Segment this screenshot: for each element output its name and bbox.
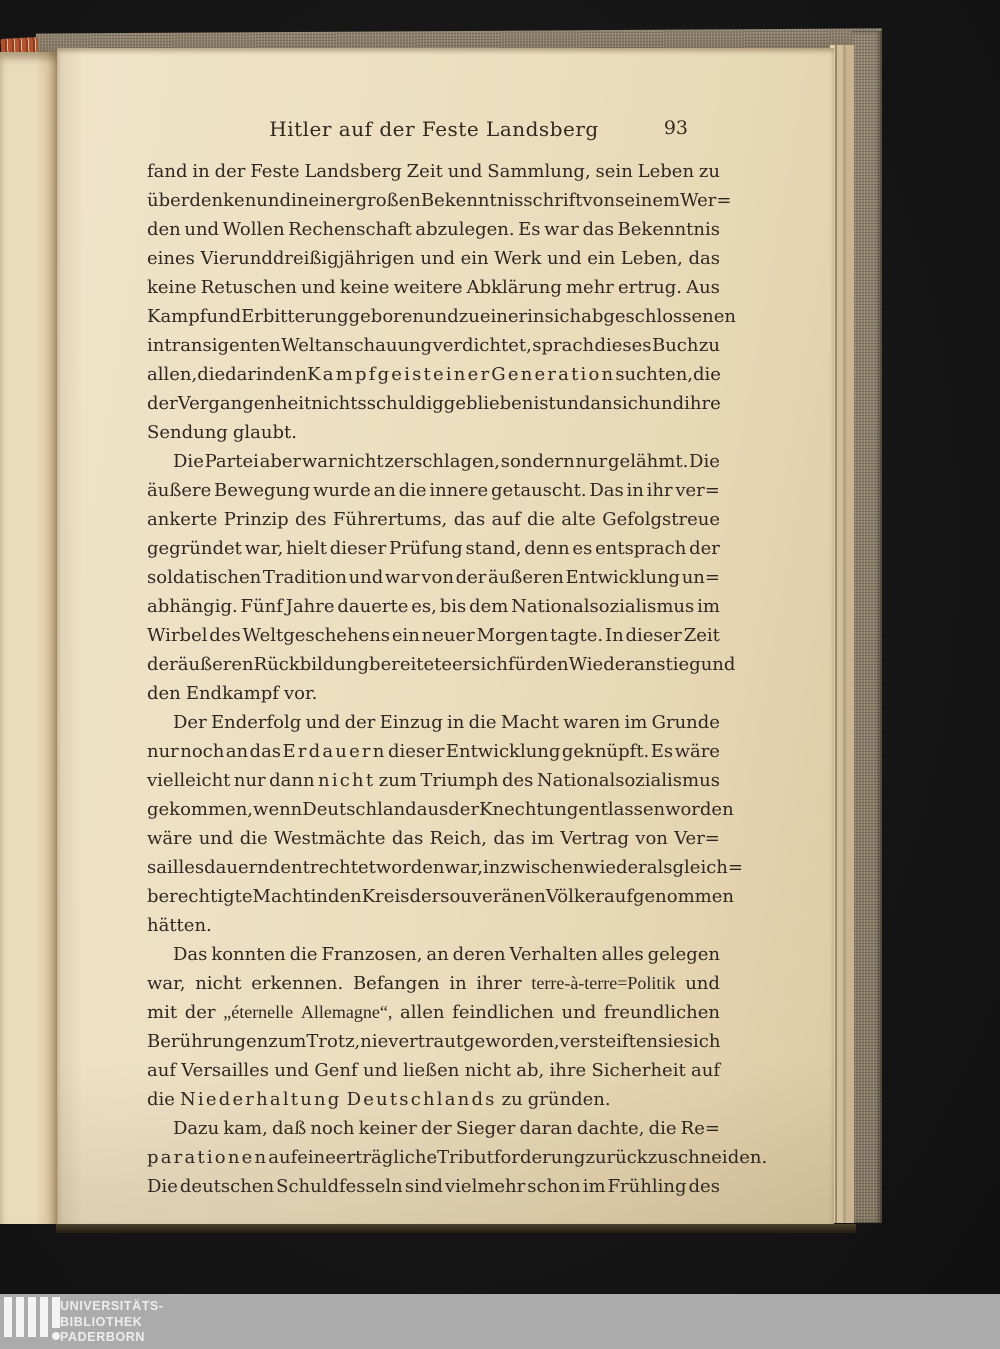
text-line: gekommen,wennDeutschlandausderKnechtunge… xyxy=(147,795,720,824)
text-line: nurnochandasErdauerndieserEntwicklunggek… xyxy=(147,737,720,766)
library-name-line: PADERBORN xyxy=(60,1330,164,1346)
text-line: überdenkenundineinergroßenBekenntnisschr… xyxy=(147,186,720,215)
library-name-line: BIBLIOTHEK xyxy=(60,1315,164,1331)
text-line: BerührungenzumTrotz,nievertrautgeworden,… xyxy=(147,1027,720,1056)
book-cover-cloth-right xyxy=(852,31,882,1223)
text-line: WirbeldesWeltgeschehenseinneuerMorgentag… xyxy=(147,621,720,650)
text-line: derVergangenheitnichtsschuldiggebliebeni… xyxy=(147,389,720,418)
text-line: fandinderFesteLandsbergZeitundSammlung,s… xyxy=(147,157,720,186)
library-band: UNIVERSITÄTS- BIBLIOTHEK PADERBORN xyxy=(0,1294,1000,1349)
text-line: denundWollenRechenschaftabzulegen.Esward… xyxy=(147,215,720,244)
text-line: KampfundErbitterunggeborenundzueinerinsi… xyxy=(147,302,720,331)
text-column: fandinderFesteLandsbergZeitundSammlung,s… xyxy=(147,157,720,1201)
text-line: soldatischenTraditionundwarvonderäußeren… xyxy=(147,563,720,592)
text-line: denEndkampfvor. xyxy=(147,679,720,708)
text-line: DaskonntendieFranzosen,anderenVerhaltena… xyxy=(147,940,720,969)
library-logo-icon xyxy=(4,1297,64,1347)
text-line: keineRetuschenundkeineweitereAbklärungme… xyxy=(147,273,720,302)
text-line: äußereBewegungwurdeandieinneregetauscht.… xyxy=(147,476,720,505)
text-line: deräußerenRückbildungbereiteteersichfürd… xyxy=(147,650,720,679)
text-line: vielleichtnurdannnichtzumTriumphdesNatio… xyxy=(147,766,720,795)
running-head: Hitler auf der Feste Landsberg 93 xyxy=(147,117,720,143)
text-line: einesVierunddreißigjährigenundeinWerkund… xyxy=(147,244,720,273)
page-title: Hitler auf der Feste Landsberg xyxy=(200,117,668,141)
book-gutter xyxy=(0,52,58,1224)
text-line: Dazukam,daßnochkeinerderSiegerdarandacht… xyxy=(147,1114,720,1143)
text-line: Sendungglaubt. xyxy=(147,418,720,447)
page-bottom-edge xyxy=(56,1224,856,1233)
page-number: 93 xyxy=(664,117,688,139)
text-line: wäreunddieWestmächtedasReich,dasimVertra… xyxy=(147,824,720,853)
text-line: war,nichterkennen.Befangeninihrerterre-à… xyxy=(147,969,720,998)
text-line: DieParteiaberwarnichtzerschlagen,sondern… xyxy=(147,447,720,476)
text-line: hätten. xyxy=(147,911,720,940)
library-name: UNIVERSITÄTS- BIBLIOTHEK PADERBORN xyxy=(60,1299,164,1346)
text-line: saillesdauerndentrechtetwordenwar,inzwis… xyxy=(147,853,720,882)
text-line: DerEnderfolgundderEinzugindieMachtwareni… xyxy=(147,708,720,737)
text-line: berechtigteMachtindenKreisdersouveränenV… xyxy=(147,882,720,911)
text-line: parationenaufeineerträglicheTributforder… xyxy=(147,1143,720,1172)
text-line: gegründetwar,hieltdieserPrüfungstand,den… xyxy=(147,534,720,563)
text-line: allen,diedarindenKampfgeisteinerGenerati… xyxy=(147,360,720,389)
text-line: abhängig.FünfJahredauertees,bisdemNation… xyxy=(147,592,720,621)
text-line: DiedeutschenSchuldfesselnsindvielmehrsch… xyxy=(147,1172,720,1201)
text-line: dieNiederhaltungDeutschlandszugründen. xyxy=(147,1085,720,1114)
text-line: mitder„éternelleAllemagne“,allenfeindlic… xyxy=(147,998,720,1027)
library-name-line: UNIVERSITÄTS- xyxy=(60,1299,164,1315)
text-line: intransigentenWeltanschauungverdichtet,s… xyxy=(147,331,720,360)
text-line: ankertePrinzipdesFührertums,dasaufdiealt… xyxy=(147,505,720,534)
text-line: aufVersaillesundGenfundließennichtab,ihr… xyxy=(147,1056,720,1085)
